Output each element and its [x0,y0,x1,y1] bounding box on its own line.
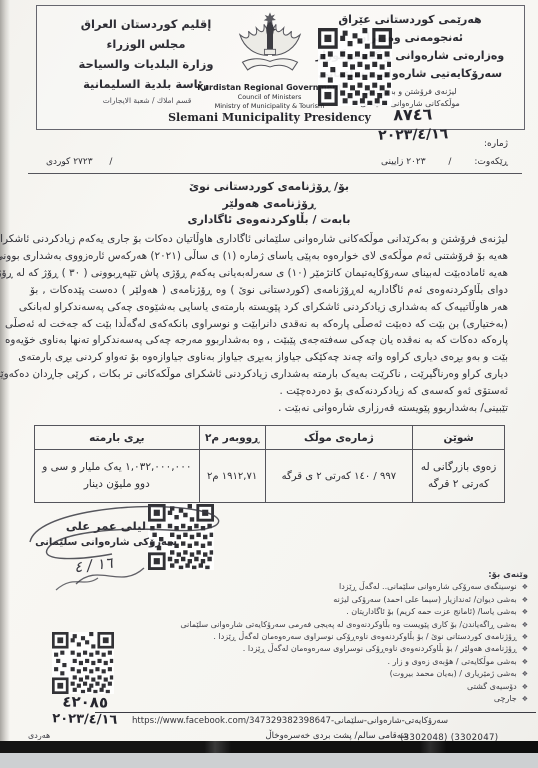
date-label: ڕێکەوت: [474,157,508,167]
list-item-text: دۆسیەی گشتی [467,682,517,691]
list-item-text: ڕۆژنامەی هەولێر / بۆ بڵاوکردنەوەی ناوەڕۆ… [243,644,517,653]
scanned-letter-page: هەرێمی کوردستانی عێراق ئەنجومەنی وەزیران… [0,0,538,768]
date-separator: / [109,157,112,167]
body-line: دوای بڵاوکردنەوەی ئەم ئاگاداریە لەڕۆژنام… [30,282,508,299]
property-table: شوێن ژمارەی موڵک ڕووبەر م٢ بڕی بارمتە زە… [34,425,505,503]
typist-initials: هەردی [28,731,50,740]
signatory-name: لیلی عمر علی [40,519,172,533]
address-line: شەقامی سالم/ پشت بردی خەسرەوخاڵ [262,731,412,741]
scan-artifact-bar [0,741,538,753]
body-line: لیژنەی فرۆشتن و بەکرێدانی موڵکەکانی شارە… [30,231,508,248]
letterhead-line: مجلس الوزراء [51,34,241,54]
letterhead-line: إقليم كوردستان العراق [51,14,241,34]
scan-edge [0,0,10,768]
body-line: (بەختیاری) بن بێت کە دەبێت ئەصڵی پارەکە … [30,316,508,333]
list-item: ❖بەشی ژمێریاری / (بەیان محمد بیروت) [188,668,528,680]
list-item: ❖بەشی موڵکایەتی / هۆبەی زەوی و زار . [188,656,528,668]
list-item-text: بەشی دیوان/ ئەندازیار (سیما علی احمد) سە… [333,595,516,604]
date-separator: / [448,157,451,167]
letter-number-label: ژمارە: [484,139,508,149]
addressee-line-2: ڕۆژنامەی هەولێر [0,196,538,213]
list-item-text: بەشی ژمێریاری / (بەیان محمد بیروت) [390,669,517,678]
list-item-text: نوسینگەی سەرۆکی شارەوانی سلێمانی.. لەگەڵ… [339,582,517,591]
col-area: ڕووبەر م٢ [199,426,265,450]
table-header-row: شوێن ژمارەی موڵک ڕووبەر م٢ بڕی بارمتە [35,426,505,450]
krg-eagle-emblem-icon [227,8,313,82]
scan-background [0,753,538,768]
signatory-title: سەرۆکی شارەوانی سلێمانی [26,537,186,548]
body-line: بێت و بەو بڕەی دیاری کراوە واتە چەند چەک… [30,349,508,366]
kurdish-year: ٢٧٢٣ کوردی [46,157,93,167]
diamond-bullet-icon: ❖ [522,631,528,643]
table-row: زەوی بازرگانی لە کەرتی ٢ قرگە ٩٩٧ / ١٤٠ … [35,450,505,503]
list-item: ❖ڕۆژنامەی کوردستانی نوێ / بۆ بڵاوکردنەوە… [188,631,528,643]
diamond-bullet-icon: ❖ [522,643,528,655]
cell-deposit: ١,٠٣٢,٠٠٠,٠٠٠ یەک ملیار و سی و دوو ملیۆن… [35,450,200,503]
facebook-page-name: سەرۆکایەتی-شارەوانی-سلێمانی [334,716,448,726]
diamond-bullet-icon: ❖ [522,581,528,593]
col-deposit: بڕی بارمتە [35,426,200,450]
stamp-date: ٢٠٢٣/٤/١٦ [358,124,468,146]
diamond-bullet-icon: ❖ [522,681,528,693]
cell-location: زەوی بازرگانی لە کەرتی ٢ قرگە [413,450,505,503]
facebook-url: https://www.facebook.com/347329382398647… [132,716,334,726]
diamond-bullet-icon: ❖ [522,668,528,680]
cell-area: ١٩١٢,٧١ م٢ [199,450,265,503]
letter-date-row: ڕێکەوت: / ٢٠٢٣ زایینی [381,157,508,167]
incoming-number-stamp: ٨٧٤٦ ٢٠٢٣/٤/١٦ [358,104,469,146]
list-item: ❖دۆسیەی گشتی [188,681,528,693]
note-line: تێبینی/ بەشداربوو پێویستە قەرزاری شارەوا… [30,400,508,417]
qr-code [318,28,392,106]
distribution-heading: وێنەی بۆ: [188,569,528,581]
distribution-list: وێنەی بۆ: ❖نوسینگەی سەرۆکی شارەوانی سلێم… [188,569,528,705]
body-line: پارەکە دەکات کە بە نەقدە یان چەکی سەفتەج… [30,332,508,349]
body-line: هەر هاوڵاتییەک کە بەشداری زیادکردنی ئاشک… [30,299,508,316]
list-item-text: جارچی [494,694,517,703]
body-line: ئەستۆی ئەو کەسەی کە زیادکردنەکەی بۆ دەرد… [30,383,508,400]
diamond-bullet-icon: ❖ [522,693,528,705]
body-line: دیاری کراو وەرناگیرێت , ناکرێت بەیەک بار… [30,366,508,383]
list-item: ❖جارچی [188,693,528,705]
letterhead-line: Slemani Municipality Presidency [157,111,382,125]
list-item: ❖نوسینگەی سەرۆکی شارەوانی سلێمانی.. لەگە… [188,581,528,593]
gregorian-year: ٢٠٢٣ زایینی [381,157,426,167]
stamp-number: ٨٧٤٦ [358,104,468,126]
col-location: شوێن [413,426,505,450]
list-item-text: بەشی موڵکایەتی / هۆبەی زەوی و زار . [388,657,517,666]
addressee-line: بۆ/ ڕۆژنامەی کوردستانی نوێ [0,179,538,196]
list-item: ❖بەشی دیوان/ ئەندازیار (سیما علی احمد) س… [188,594,528,606]
cell-property-number: ٩٩٧ / ١٤٠ کەرتی ٢ ی قرگە [265,450,413,503]
diamond-bullet-icon: ❖ [522,594,528,606]
footer-divider [95,712,536,713]
letter-body: لیژنەی فرۆشتن و بەکرێدانی موڵکەکانی شارە… [30,231,508,417]
subject-line: بابەت / بڵاوکردنەوەی ئاگاداری [0,212,538,229]
diamond-bullet-icon: ❖ [522,619,528,631]
list-item-text: بەشی ڕاگەیاندن/ بۆ کاری پێویست وە بڵاوکر… [180,620,516,629]
list-item-text: بەشی یاسا/ (ئامانج عزت حمه کریم) بۆ ئاگا… [346,607,517,616]
diamond-bullet-icon: ❖ [522,656,528,668]
list-item: ❖ڕۆژنامەی هەولێر / بۆ بڵاوکردنەوەی ناوەڕ… [188,643,528,655]
letter-title-block: بۆ/ ڕۆژنامەی کوردستانی نوێ ڕۆژنامەی هەول… [0,179,538,229]
list-item: ❖بەشی ڕاگەیاندن/ بۆ کاری پێویست وە بڵاوک… [188,619,528,631]
letterhead-line: وزارة البلديات والسياحة [51,54,241,74]
body-line: هەیە بۆ فرۆشتنی ئەم موڵکەی لای خوارەوە ب… [30,248,508,265]
letterhead-arabic: إقليم كوردستان العراق مجلس الوزراء وزارة… [51,14,241,94]
letterhead-line: هەرێمی کوردستانی عێراق [302,11,518,29]
body-line: هەیە ئامادەبێت لەبینای سەرۆکایەتیمان کات… [30,265,508,282]
qr-code [52,632,114,694]
handwritten-date: ١٦ / ٤ [73,554,114,577]
kurdish-year-field: / ٢٧٢٣ کوردی [46,157,112,167]
facebook-line: https://www.facebook.com/347329382398647… [104,716,476,726]
list-item-text: ڕۆژنامەی کوردستانی نوێ / بۆ بڵاوکردنەوەی… [213,632,516,641]
col-property-number: ژمارەی موڵک [265,426,413,450]
diamond-bullet-icon: ❖ [522,606,528,618]
header-divider [28,173,522,174]
list-item: ❖بەشی یاسا/ (ئامانج عزت حمه کریم) بۆ ئاگ… [188,606,528,618]
